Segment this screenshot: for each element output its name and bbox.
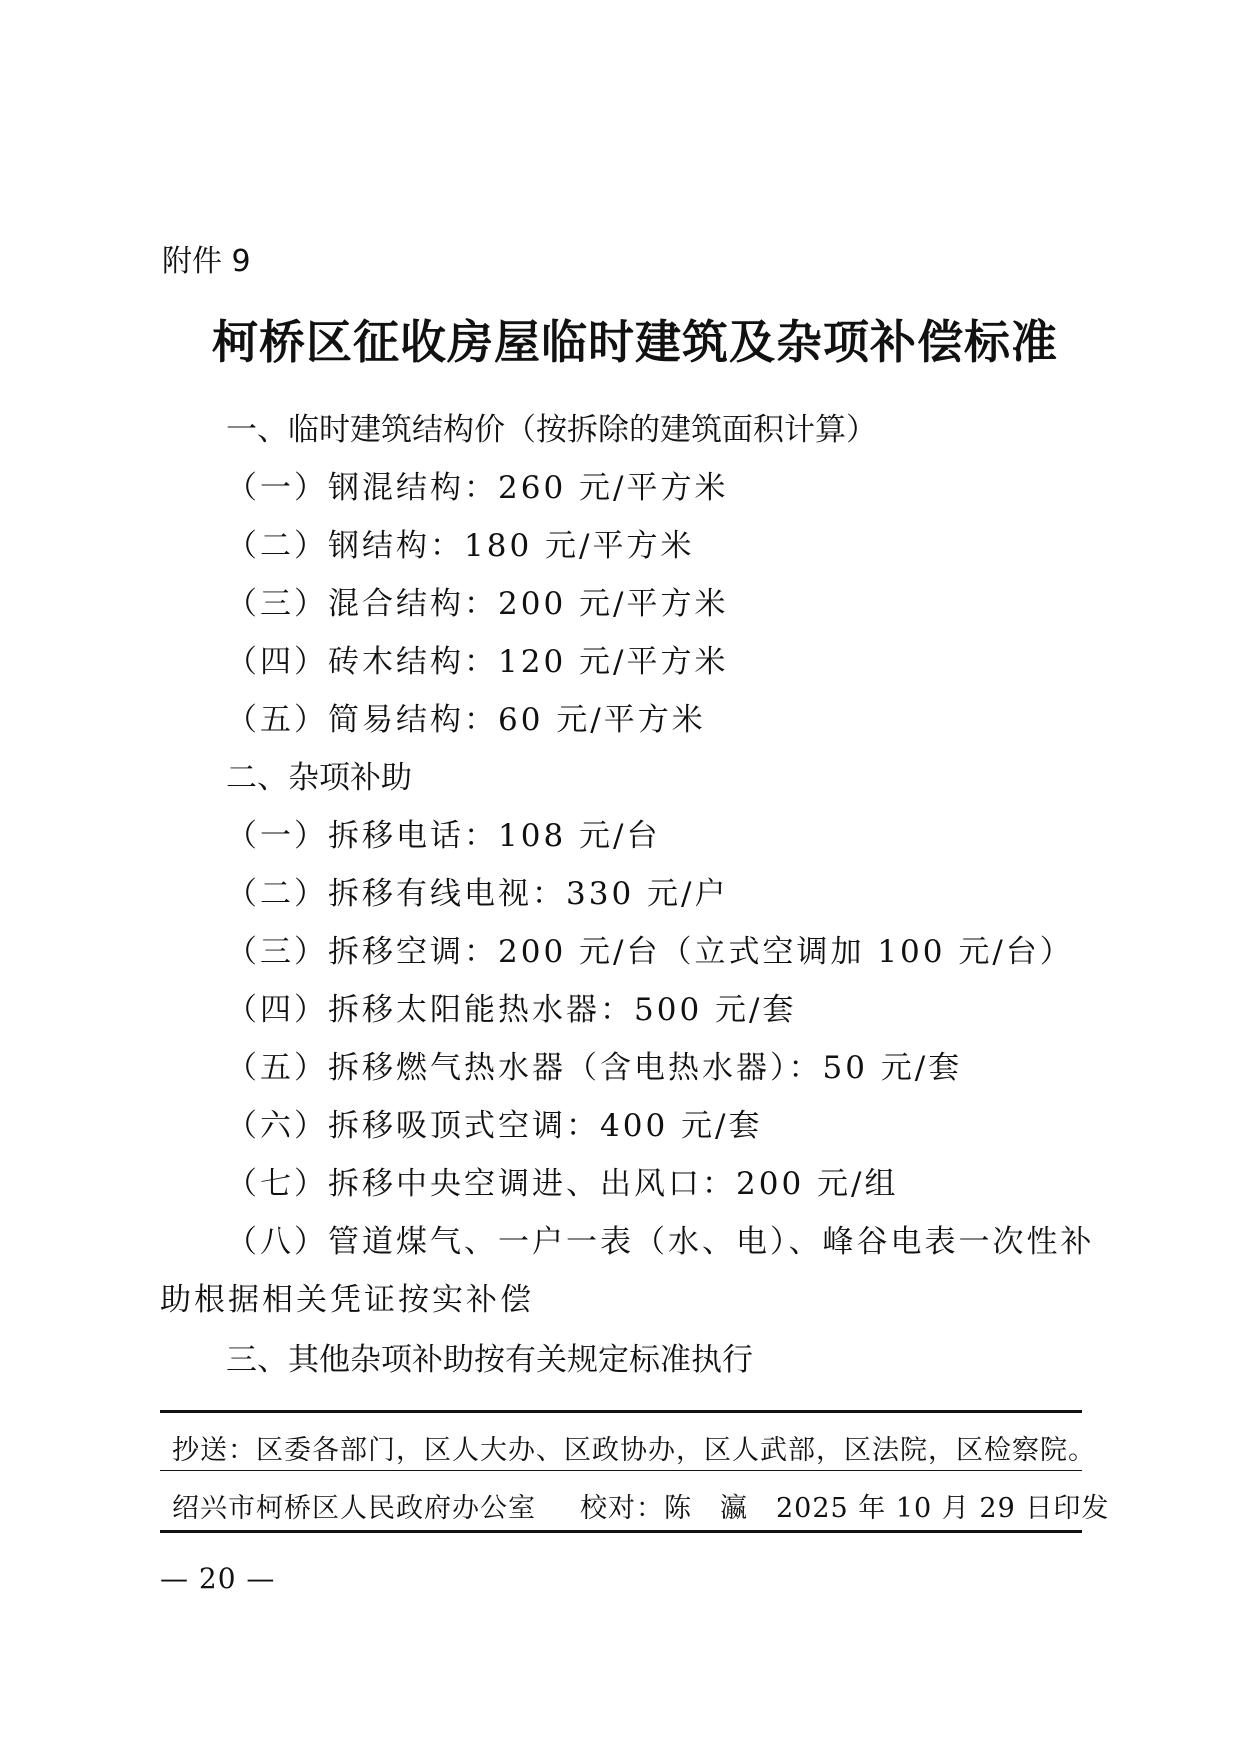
list-item: （四）砖木结构：120 元/平方米 (226, 636, 728, 681)
attachment-label: 附件 9 (162, 236, 251, 280)
list-item: （八）管道煤气、一户一表（水、电）、峰谷电表一次性补 (226, 1216, 1095, 1261)
list-item: （七）拆移中央空调进、出风口：200 元/组 (226, 1158, 898, 1203)
list-item: （五）简易结构：60 元/平方米 (226, 694, 706, 739)
list-item: （二）钢结构：180 元/平方米 (226, 520, 694, 565)
section1-heading: 一、临时建筑结构价（按拆除的建筑面积计算） (226, 404, 877, 449)
list-item: （三）混合结构：200 元/平方米 (226, 578, 728, 623)
list-item: （一）拆移电话：108 元/台 (226, 810, 660, 855)
divider (160, 1410, 1082, 1413)
issuer: 绍兴市柯桥区人民政府办公室 (172, 1486, 536, 1525)
divider (160, 1530, 1082, 1533)
print-date: 2025 年 10 月 29 日印发 (776, 1486, 1109, 1525)
list-item: （四）拆移太阳能热水器：500 元/套 (226, 984, 796, 1029)
page-number: — 20 — (160, 1562, 275, 1595)
list-item: （一）钢混结构：260 元/平方米 (226, 462, 728, 507)
proofreader: 校对：陈 瀛 (580, 1486, 748, 1525)
list-item: （五）拆移燃气热水器（含电热水器）：50 元/套 (226, 1042, 962, 1087)
section2-heading: 二、杂项补助 (226, 752, 412, 797)
list-item: （六）拆移吸顶式空调：400 元/套 (226, 1100, 762, 1145)
document-title: 柯桥区征收房屋临时建筑及杂项补偿标准 (212, 306, 1058, 372)
list-item: （三）拆移空调：200 元/台（立式空调加 100 元/台） (226, 926, 1074, 971)
list-item: （二）拆移有线电视：330 元/户 (226, 868, 728, 913)
list-item-continuation: 助根据相关凭证按实补偿 (160, 1274, 534, 1319)
section3-heading: 三、其他杂项补助按有关规定标准执行 (226, 1334, 753, 1379)
divider (160, 1470, 1082, 1471)
cc-list: 抄送：区委各部门，区人大办、区政协办，区人武部，区法院，区检察院。 (172, 1428, 1096, 1467)
